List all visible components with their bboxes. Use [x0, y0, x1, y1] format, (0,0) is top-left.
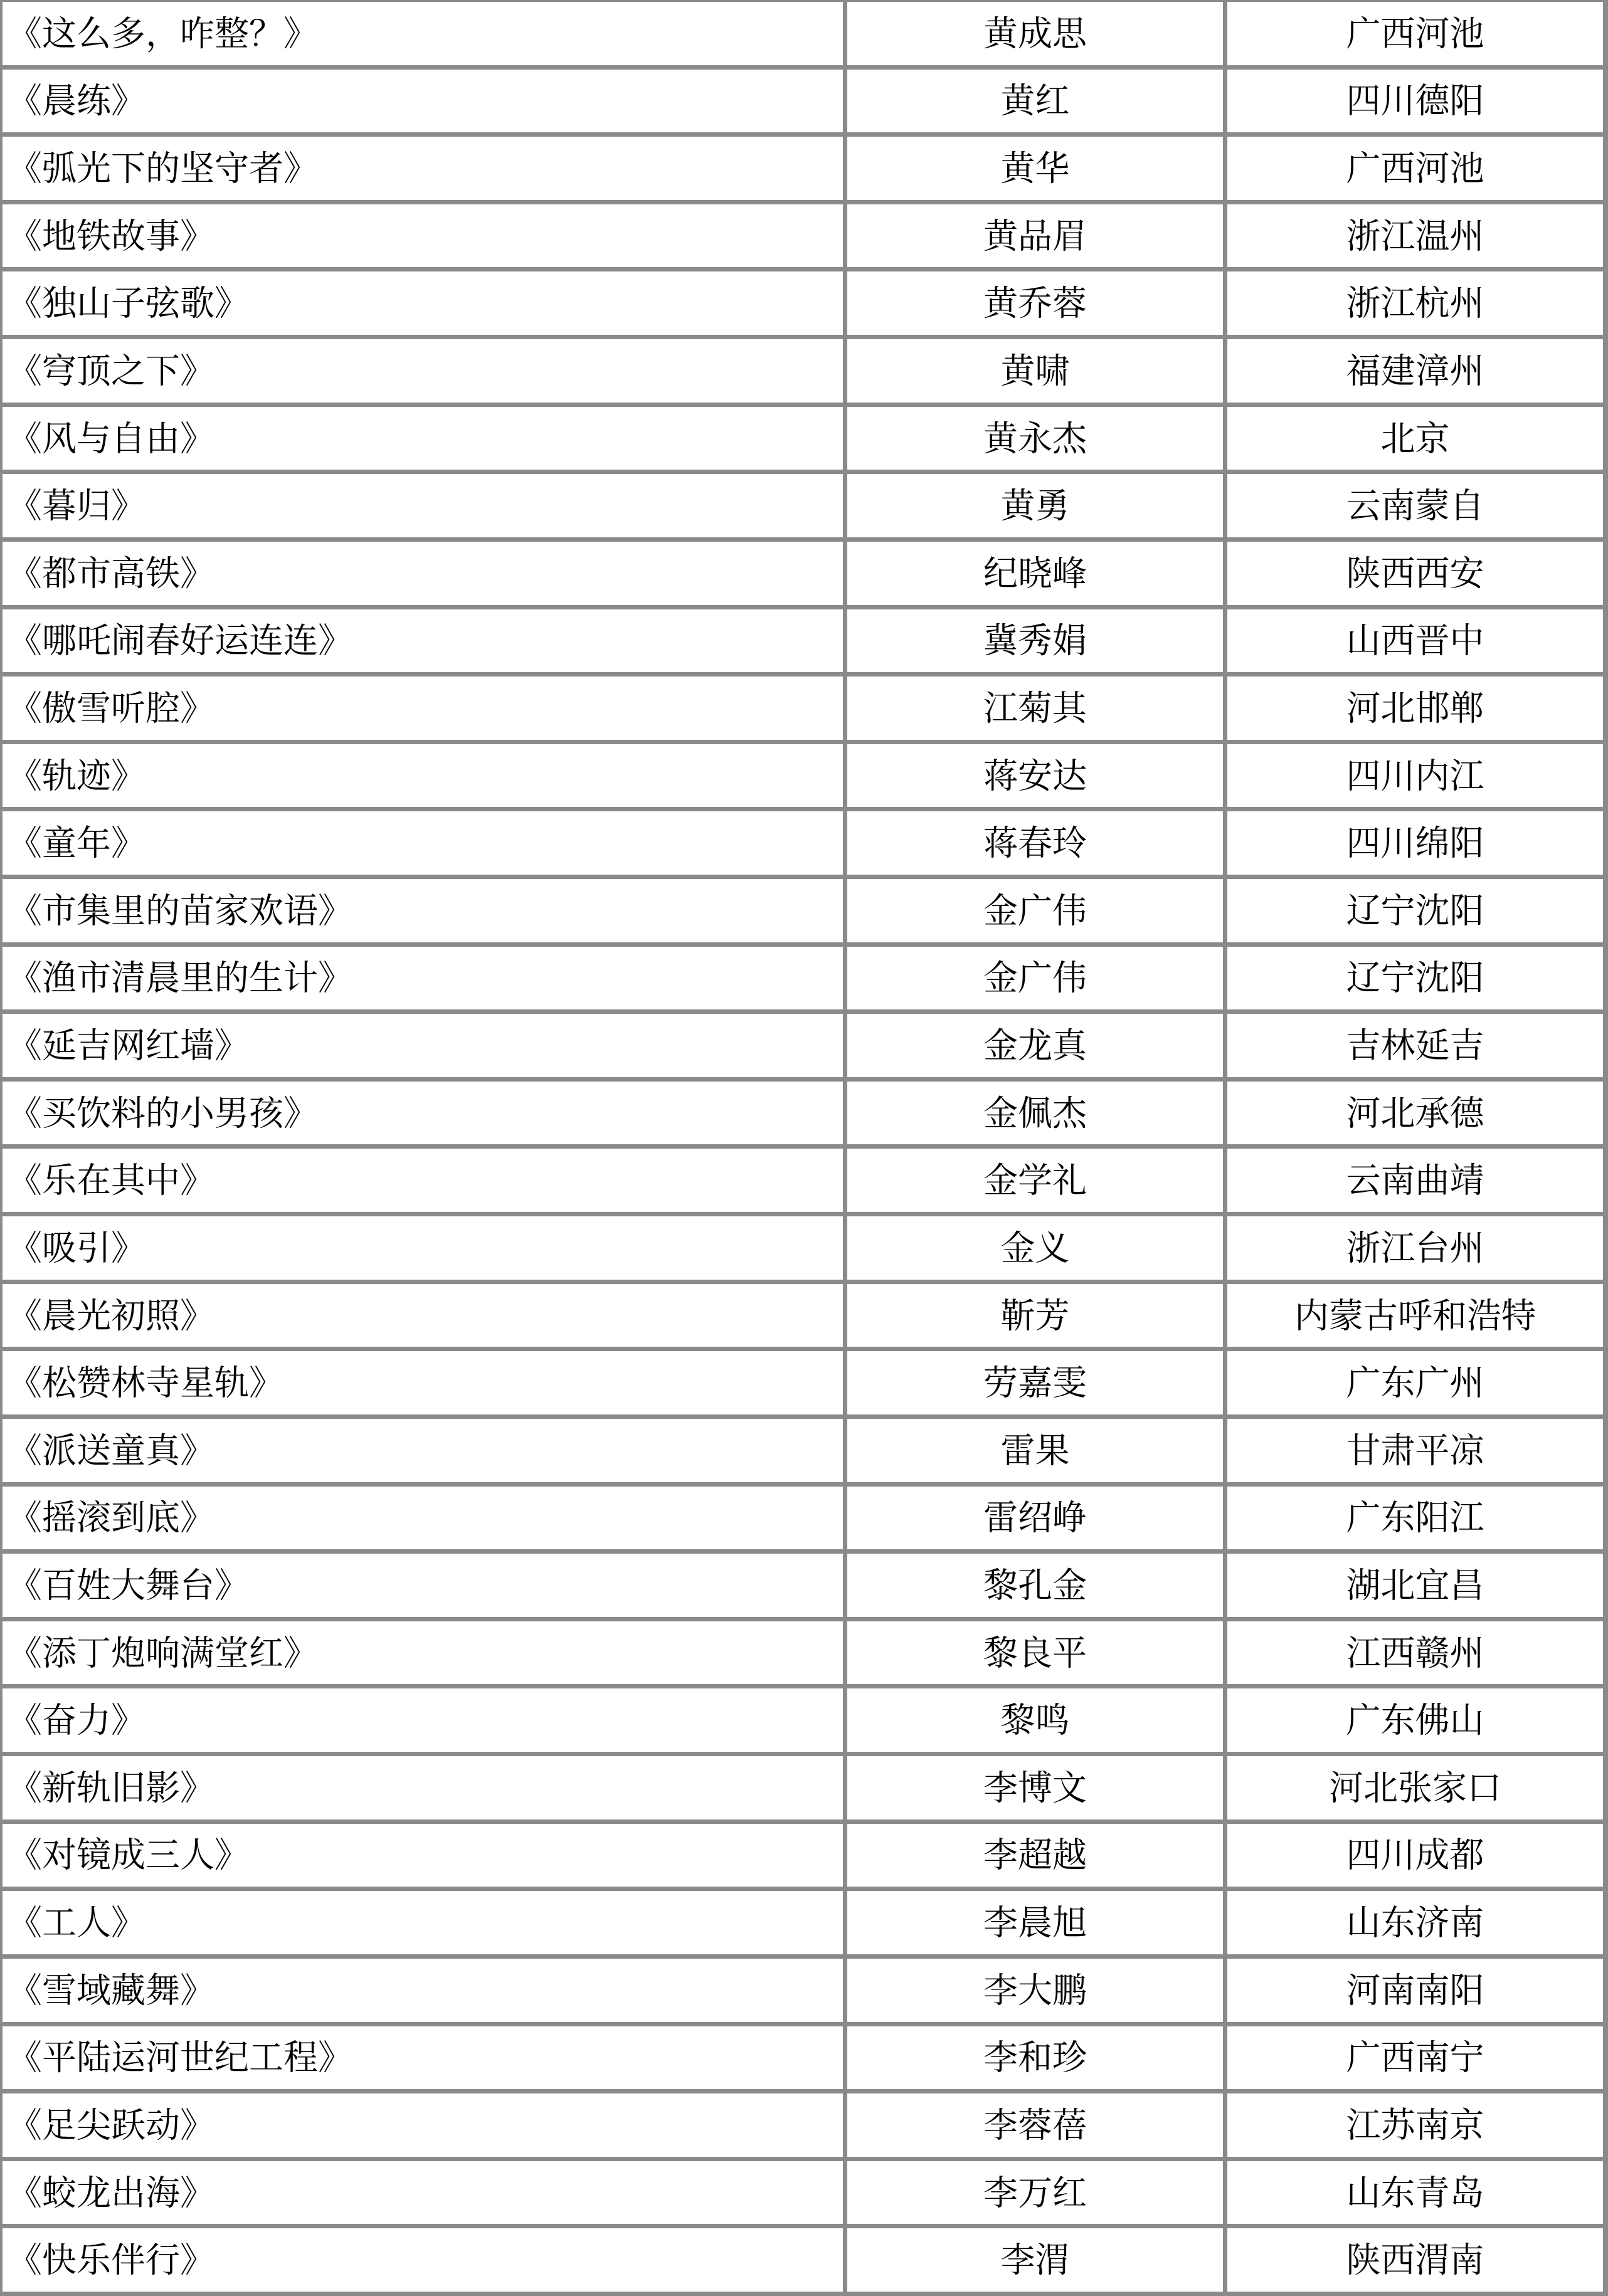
- author-name-cell: 金学礼: [847, 1149, 1223, 1212]
- author-name-cell: 李博文: [847, 1756, 1223, 1819]
- artwork-title-cell: 《百姓大舞台》: [3, 1554, 843, 1617]
- author-name-cell: 黄啸: [847, 339, 1223, 403]
- author-location-cell: 广西河池: [1227, 137, 1603, 200]
- artwork-title-cell: 《摇滚到底》: [3, 1487, 843, 1550]
- author-name-cell: 李万红: [847, 2161, 1223, 2225]
- artwork-title-cell: 《都市高铁》: [3, 542, 843, 605]
- artwork-entries-table: 《这么多，咋整？》黄成思广西河池《晨练》黄红四川德阳《弧光下的坚守者》黄华广西河…: [0, 0, 1608, 2296]
- author-name-cell: 蒋安达: [847, 744, 1223, 808]
- author-name-cell: 金广伟: [847, 879, 1223, 942]
- author-location-cell: 浙江温州: [1227, 204, 1603, 268]
- author-location-cell: 陕西渭南: [1227, 2228, 1603, 2292]
- author-name-cell: 李蓉蓓: [847, 2093, 1223, 2157]
- author-name-cell: 金佩杰: [847, 1082, 1223, 1145]
- artwork-title-cell: 《风与自由》: [3, 407, 843, 470]
- artwork-title-cell: 《松赞林寺星轨》: [3, 1351, 843, 1414]
- author-location-cell: 四川绵阳: [1227, 811, 1603, 875]
- author-name-cell: 黎良平: [847, 1621, 1223, 1685]
- author-name-cell: 雷绍峥: [847, 1487, 1223, 1550]
- artwork-title-cell: 《傲雪听腔》: [3, 677, 843, 740]
- artwork-title-cell: 《奋力》: [3, 1688, 843, 1752]
- author-location-cell: 四川成都: [1227, 1824, 1603, 1887]
- artwork-title-cell: 《吸引》: [3, 1216, 843, 1280]
- artwork-title-cell: 《哪吒闹春好运连连》: [3, 609, 843, 673]
- author-name-cell: 黄红: [847, 70, 1223, 133]
- artwork-title-cell: 《穹顶之下》: [3, 339, 843, 403]
- artwork-title-cell: 《雪域藏舞》: [3, 1959, 843, 2022]
- artwork-title-cell: 《延吉网红墙》: [3, 1014, 843, 1077]
- author-location-cell: 山东青岛: [1227, 2161, 1603, 2225]
- author-location-cell: 河北张家口: [1227, 1756, 1603, 1819]
- artwork-title-cell: 《轨迹》: [3, 744, 843, 808]
- author-location-cell: 浙江台州: [1227, 1216, 1603, 1280]
- author-location-cell: 江西赣州: [1227, 1621, 1603, 1685]
- author-name-cell: 金广伟: [847, 947, 1223, 1010]
- author-location-cell: 河北邯郸: [1227, 677, 1603, 740]
- author-location-cell: 云南曲靖: [1227, 1149, 1603, 1212]
- author-location-cell: 北京: [1227, 407, 1603, 470]
- author-name-cell: 金义: [847, 1216, 1223, 1280]
- author-name-cell: 靳芳: [847, 1284, 1223, 1347]
- author-location-cell: 陕西西安: [1227, 542, 1603, 605]
- author-location-cell: 四川德阳: [1227, 70, 1603, 133]
- artwork-title-cell: 《添丁炮响满堂红》: [3, 1621, 843, 1685]
- author-location-cell: 广东广州: [1227, 1351, 1603, 1414]
- author-location-cell: 河北承德: [1227, 1082, 1603, 1145]
- author-location-cell: 四川内江: [1227, 744, 1603, 808]
- artwork-title-cell: 《乐在其中》: [3, 1149, 843, 1212]
- author-location-cell: 浙江杭州: [1227, 271, 1603, 335]
- author-name-cell: 黄乔蓉: [847, 271, 1223, 335]
- artwork-title-cell: 《独山子弦歌》: [3, 271, 843, 335]
- artwork-title-cell: 《买饮料的小男孩》: [3, 1082, 843, 1145]
- artwork-title-cell: 《工人》: [3, 1891, 843, 1954]
- author-name-cell: 黄华: [847, 137, 1223, 200]
- author-name-cell: 劳嘉雯: [847, 1351, 1223, 1414]
- author-location-cell: 辽宁沈阳: [1227, 947, 1603, 1010]
- artwork-title-cell: 《新轨旧影》: [3, 1756, 843, 1819]
- author-name-cell: 蒋春玲: [847, 811, 1223, 875]
- author-location-cell: 湖北宜昌: [1227, 1554, 1603, 1617]
- artwork-title-cell: 《渔市清晨里的生计》: [3, 947, 843, 1010]
- artwork-title-cell: 《蛟龙出海》: [3, 2161, 843, 2225]
- artwork-title-cell: 《童年》: [3, 811, 843, 875]
- author-name-cell: 冀秀娟: [847, 609, 1223, 673]
- author-name-cell: 李超越: [847, 1824, 1223, 1887]
- artwork-title-cell: 《平陆运河世纪工程》: [3, 2026, 843, 2090]
- author-name-cell: 纪晓峰: [847, 542, 1223, 605]
- author-name-cell: 黄品眉: [847, 204, 1223, 268]
- artwork-title-cell: 《晨光初照》: [3, 1284, 843, 1347]
- artwork-title-cell: 《地铁故事》: [3, 204, 843, 268]
- author-name-cell: 金龙真: [847, 1014, 1223, 1077]
- author-name-cell: 李和珍: [847, 2026, 1223, 2090]
- artwork-title-cell: 《弧光下的坚守者》: [3, 137, 843, 200]
- artwork-title-cell: 《足尖跃动》: [3, 2093, 843, 2157]
- author-location-cell: 云南蒙自: [1227, 474, 1603, 537]
- artwork-title-cell: 《快乐伴行》: [3, 2228, 843, 2292]
- author-name-cell: 李晨旭: [847, 1891, 1223, 1954]
- artwork-title-cell: 《晨练》: [3, 70, 843, 133]
- author-name-cell: 雷果: [847, 1419, 1223, 1482]
- author-name-cell: 李大鹏: [847, 1959, 1223, 2022]
- author-location-cell: 吉林延吉: [1227, 1014, 1603, 1077]
- author-name-cell: 黎孔金: [847, 1554, 1223, 1617]
- author-location-cell: 河南南阳: [1227, 1959, 1603, 2022]
- author-location-cell: 广西南宁: [1227, 2026, 1603, 2090]
- author-location-cell: 广东佛山: [1227, 1688, 1603, 1752]
- artwork-title-cell: 《这么多，咋整？》: [3, 2, 843, 65]
- author-name-cell: 黄勇: [847, 474, 1223, 537]
- author-location-cell: 甘肃平凉: [1227, 1419, 1603, 1482]
- author-name-cell: 江菊其: [847, 677, 1223, 740]
- author-name-cell: 黎鸣: [847, 1688, 1223, 1752]
- author-location-cell: 广西河池: [1227, 2, 1603, 65]
- author-location-cell: 山西晋中: [1227, 609, 1603, 673]
- author-location-cell: 辽宁沈阳: [1227, 879, 1603, 942]
- author-name-cell: 黄永杰: [847, 407, 1223, 470]
- author-name-cell: 李渭: [847, 2228, 1223, 2292]
- author-location-cell: 江苏南京: [1227, 2093, 1603, 2157]
- artwork-title-cell: 《派送童真》: [3, 1419, 843, 1482]
- artwork-title-cell: 《暮归》: [3, 474, 843, 537]
- author-location-cell: 广东阳江: [1227, 1487, 1603, 1550]
- author-location-cell: 福建漳州: [1227, 339, 1603, 403]
- artwork-title-cell: 《市集里的苗家欢语》: [3, 879, 843, 942]
- author-location-cell: 内蒙古呼和浩特: [1227, 1284, 1603, 1347]
- artwork-title-cell: 《对镜成三人》: [3, 1824, 843, 1887]
- author-name-cell: 黄成思: [847, 2, 1223, 65]
- author-location-cell: 山东济南: [1227, 1891, 1603, 1954]
